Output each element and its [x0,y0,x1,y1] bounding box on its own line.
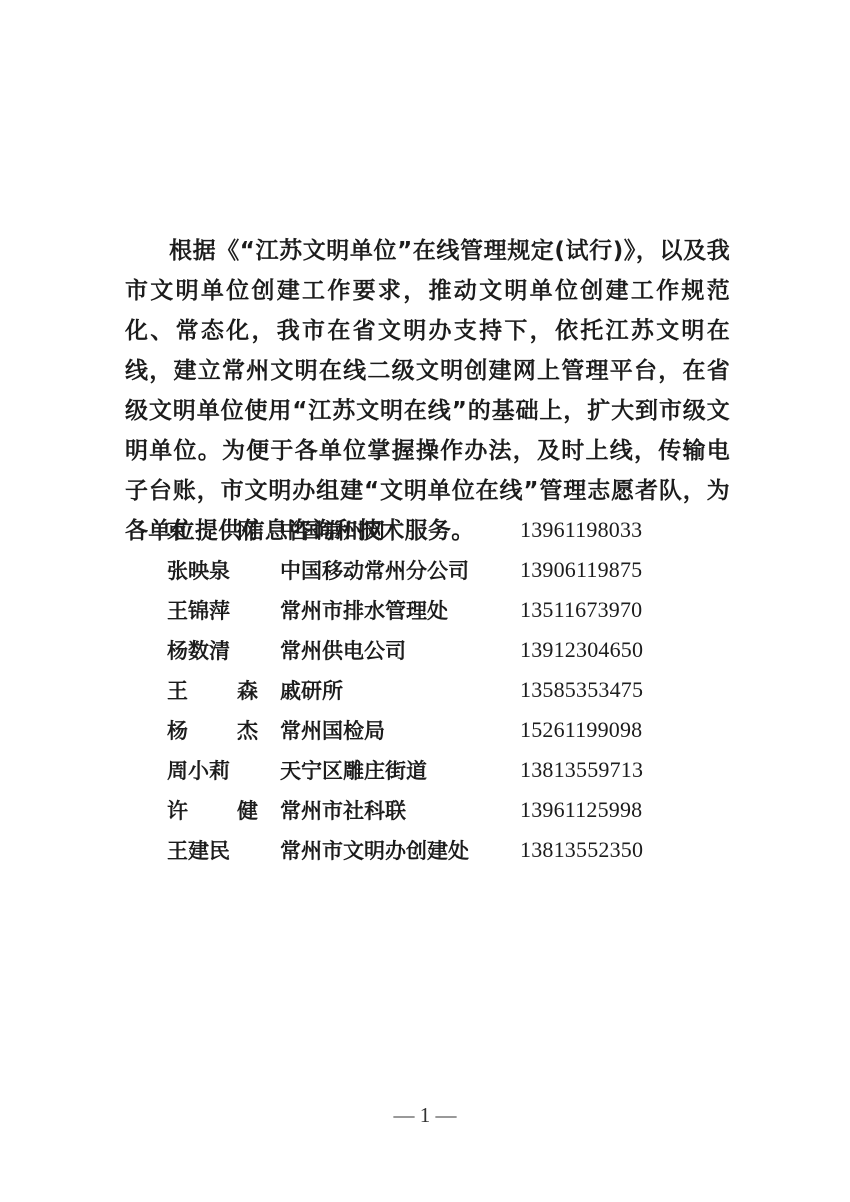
name-part: 周小莉 [167,755,230,785]
contact-phone: 13912304650 [520,637,643,663]
contact-name: 王锦萍 [167,595,258,625]
contact-org: 常州市文明办创建处 [280,835,520,865]
contact-name: 周小莉 [167,755,258,785]
contact-org: 常州国检局 [280,715,520,745]
contact-row: 张映泉 中国移动常州分公司 13906119875 [167,550,647,590]
contact-org: 常州市社科联 [280,795,520,825]
contact-row: 杨数清 常州供电公司 13912304650 [167,630,647,670]
contact-name: 杨数清 [167,635,258,665]
document-page: 根据《“江苏文明单位”在线管理规定(试行)》，以及我市文明单位创建工作要求，推动… [0,0,850,1202]
contact-name: 王 森 [167,675,258,705]
name-part: 健 [237,795,258,825]
contact-row: 束 网 中国常州网 13961198033 [167,510,647,550]
contact-org: 天宁区雕庄街道 [280,755,520,785]
contact-org: 常州市排水管理处 [280,595,520,625]
name-part: 网 [237,515,258,545]
contact-org: 戚研所 [280,675,520,705]
contact-row: 王 森 戚研所 13585353475 [167,670,647,710]
name-part: 张映泉 [167,555,230,585]
contact-row: 王锦萍 常州市排水管理处 13511673970 [167,590,647,630]
contact-phone: 13585353475 [520,677,643,703]
contact-phone: 13961198033 [520,517,642,543]
contact-org: 中国移动常州分公司 [280,555,520,585]
contact-phone: 15261199098 [520,717,642,743]
name-part: 许 [167,795,188,825]
contact-row: 王建民 常州市文明办创建处 13813552350 [167,830,647,870]
contact-name: 杨 杰 [167,715,258,745]
contact-row: 周小莉 天宁区雕庄街道 13813559713 [167,750,647,790]
name-part: 束 [167,515,188,545]
contact-row: 杨 杰 常州国检局 15261199098 [167,710,647,750]
contact-org: 常州供电公司 [280,635,520,665]
name-part: 王锦萍 [167,595,230,625]
contact-phone: 13511673970 [520,597,642,623]
contact-list: 束 网 中国常州网 13961198033 张映泉 中国移动常州分公司 1390… [167,510,647,870]
contact-name: 束 网 [167,515,258,545]
name-part: 王 [167,675,188,705]
name-part: 王建民 [167,835,230,865]
contact-phone: 13813559713 [520,757,643,783]
contact-name: 张映泉 [167,555,258,585]
name-part: 杨数清 [167,635,230,665]
contact-row: 许 健 常州市社科联 13961125998 [167,790,647,830]
contact-name: 许 健 [167,795,258,825]
contact-org: 中国常州网 [280,515,520,545]
contact-phone: 13906119875 [520,557,642,583]
page-number: — 1 — [0,1103,850,1128]
name-part: 森 [237,675,258,705]
body-paragraph: 根据《“江苏文明单位”在线管理规定(试行)》，以及我市文明单位创建工作要求，推动… [125,231,730,551]
contact-phone: 13961125998 [520,797,642,823]
name-part: 杨 [167,715,188,745]
name-part: 杰 [237,715,258,745]
contact-name: 王建民 [167,835,258,865]
contact-phone: 13813552350 [520,837,643,863]
